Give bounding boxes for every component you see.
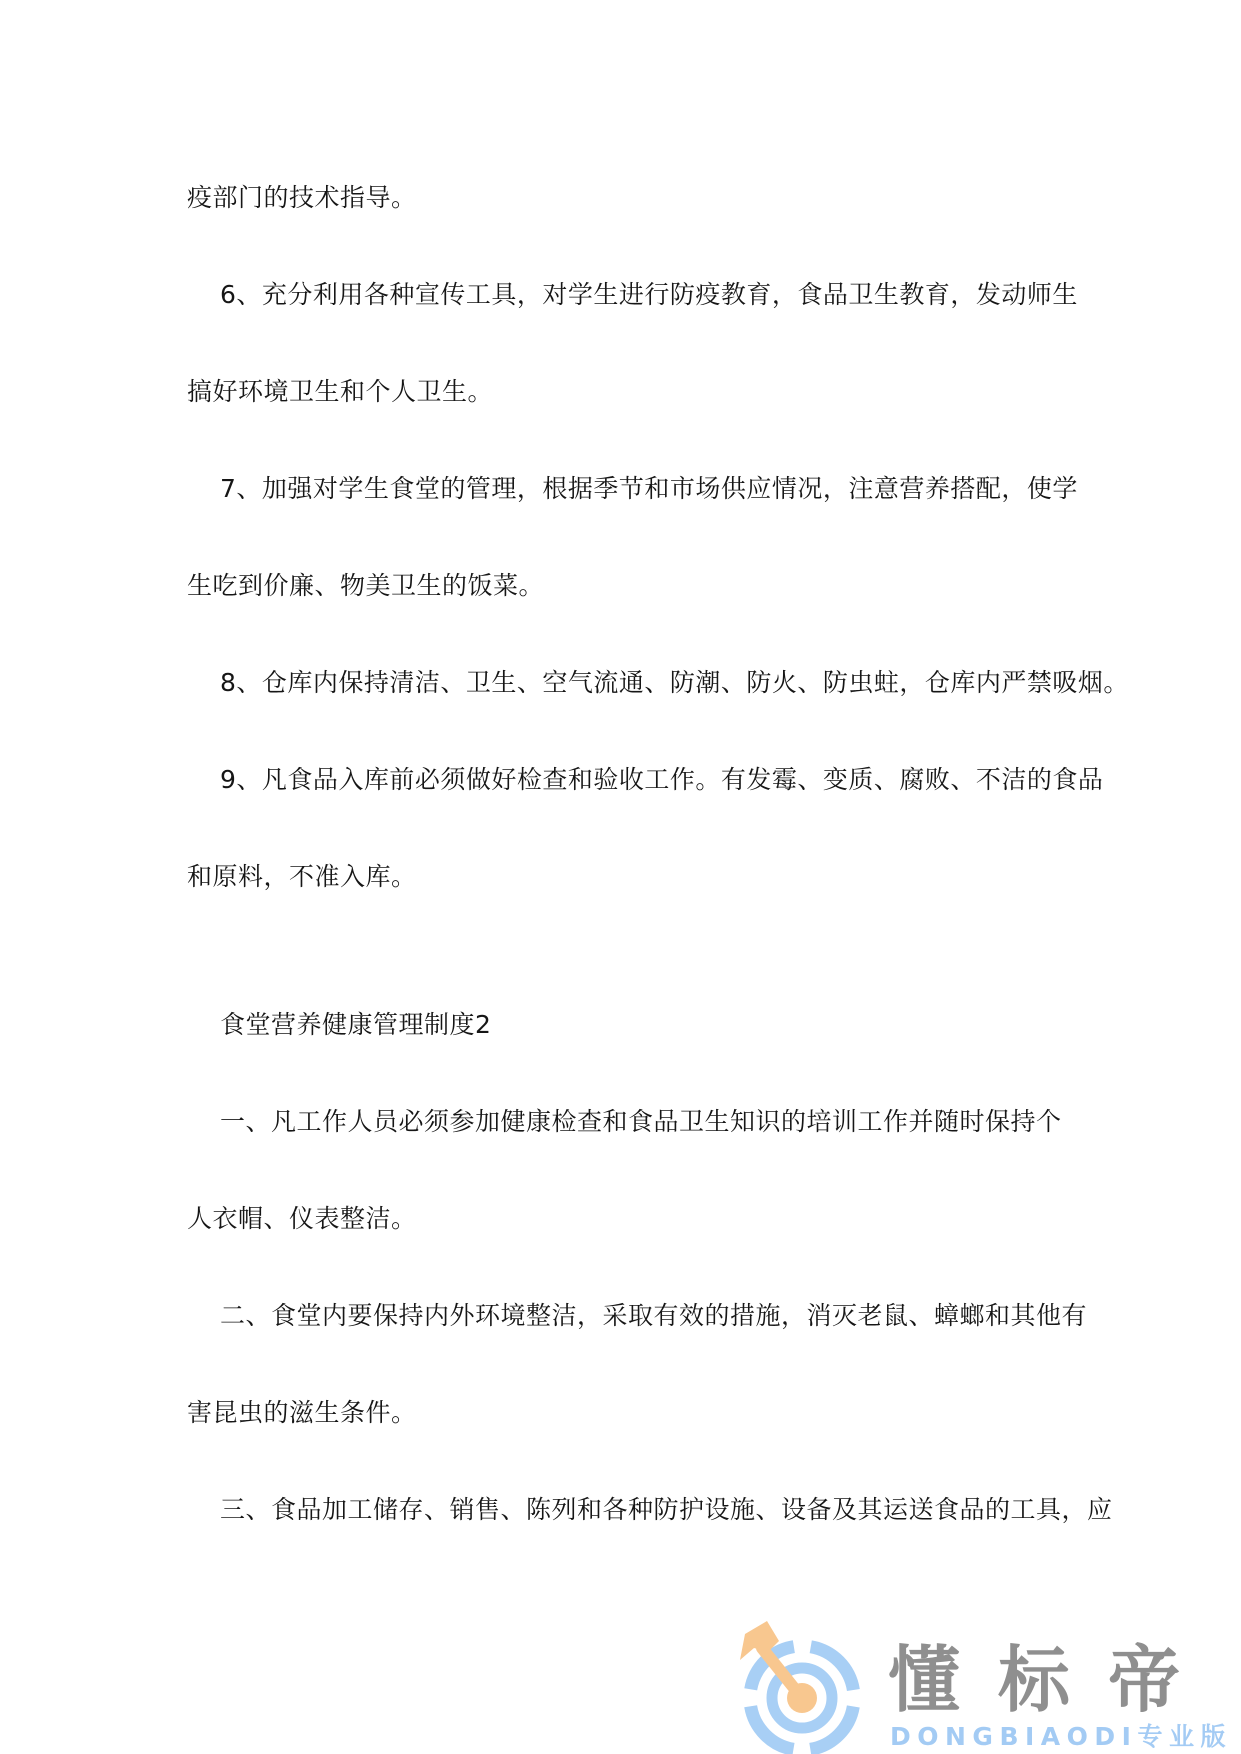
text-line: 害昆虫的滋生条件。 — [187, 1364, 1087, 1461]
text-line: 疫部门的技术指导。 — [187, 149, 1087, 246]
brand-watermark: 懂标帝 DONGBIAODI专业版 — [738, 1612, 1208, 1754]
text-line: 三、食品加工储存、销售、陈列和各种防护设施、设备及其运送食品的工具，应 — [187, 1461, 1087, 1558]
text-line: 8、仓库内保持清洁、卫生、空气流通、防潮、防火、防虫蛀，仓库内严禁吸烟。 — [187, 634, 1087, 731]
document-body: 疫部门的技术指导。 6、充分利用各种宣传工具，对学生进行防疫教育，食品卫生教育，… — [187, 149, 1087, 1558]
text-line: 搞好环境卫生和个人卫生。 — [187, 343, 1087, 440]
text-line: 7、加强对学生食堂的管理，根据季节和市场供应情况，注意营养搭配，使学 — [187, 440, 1087, 537]
document-page: { "document": { "lines": [ { "text": "疫部… — [0, 0, 1241, 1754]
text-line: 二、食堂内要保持内外环境整洁，采取有效的措施，消灭老鼠、蟑螂和其他有 — [187, 1267, 1087, 1364]
section-heading: 食堂营养健康管理制度2 — [187, 976, 1087, 1073]
text-line: 9、凡食品入库前必须做好检查和验收工作。有发霉、变质、腐败、不洁的食品 — [187, 731, 1087, 828]
text-line: 和原料，不准入库。 — [187, 828, 1087, 925]
text-line: 生吃到价廉、物美卫生的饭菜。 — [187, 537, 1087, 634]
brand-name: 懂标帝 — [888, 1644, 1218, 1716]
dartboard-logo-icon — [738, 1618, 866, 1754]
text-line: 一、凡工作人员必须参加健康检查和食品卫生知识的培训工作并随时保持个 — [187, 1073, 1087, 1170]
brand-subtext: DONGBIAODI专业版 — [890, 1724, 1232, 1749]
text-line: 6、充分利用各种宣传工具，对学生进行防疫教育，食品卫生教育，发动师生 — [187, 246, 1087, 343]
text-line: 人衣帽、仪表整洁。 — [187, 1170, 1087, 1267]
